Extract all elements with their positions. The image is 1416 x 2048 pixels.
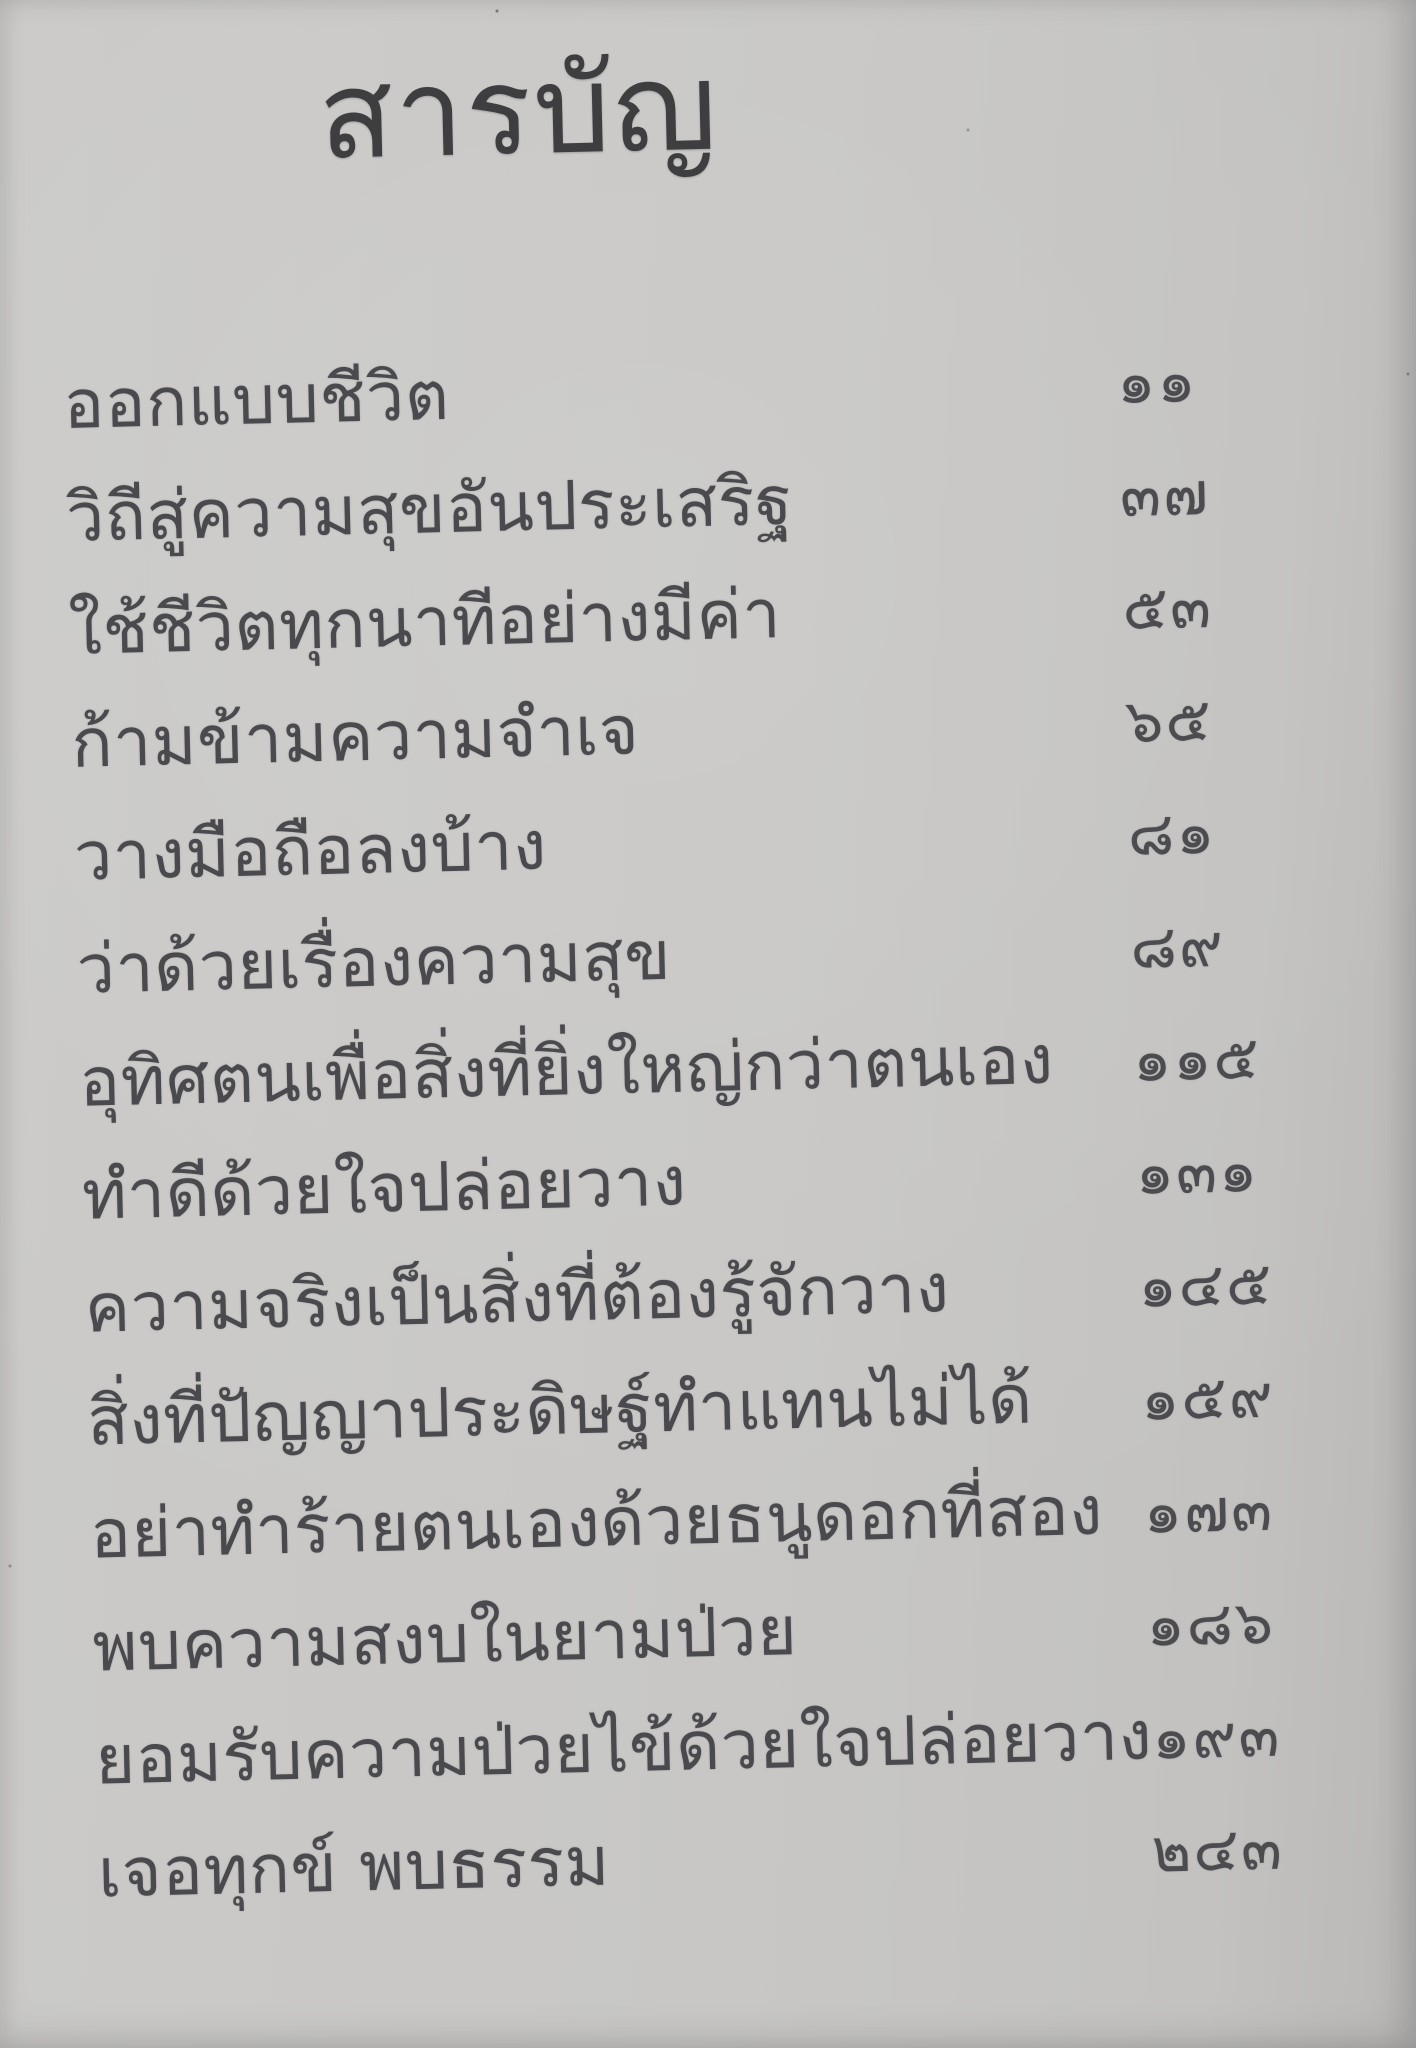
- toc-entry-title: ก้ามข้ามความจำเจ: [71, 698, 640, 779]
- toc-entry-title: เจอทุกข์ พบธรรม: [97, 1829, 610, 1909]
- toc-entry-title: วางมือถือลงบ้าง: [73, 813, 547, 892]
- toc-entry-page-number: ๒๔๓: [1151, 1818, 1332, 1882]
- toc-entry-title: ทำดีด้วยใจปล่อยวาง: [81, 1149, 687, 1231]
- toc-entry-page-number: ๖๕: [1124, 688, 1305, 752]
- toc-entry-page-number: ๕๓: [1122, 575, 1303, 639]
- toc-entry-page-number: ๑๑๕: [1132, 1027, 1313, 1091]
- toc-entry-title: พบความสงบในยามป่วย: [92, 1598, 798, 1683]
- toc-entry-page-number: ๘๑: [1127, 801, 1308, 865]
- toc-entry-page-number: ๘๙: [1130, 914, 1311, 978]
- toc-entry-title: สิ่งที่ปัญญาประดิษฐ์ทำแทนไม่ได้: [87, 1366, 1034, 1456]
- toc-entry-page-number: ๑๓๑: [1135, 1140, 1316, 1204]
- toc-entry-page-number: ๑๙๓: [1152, 1704, 1333, 1768]
- toc-entry-title: ใช้ชีวิตทุกนาทีอย่างมีค่า: [68, 581, 782, 666]
- toc-entry-page-number: ๑๕๙: [1140, 1366, 1321, 1430]
- book-page-photo: สารบัญ ออกแบบชีวิต ๑๑ วิถีสู่ความสุขอันป…: [0, 0, 1416, 2048]
- toc-entry-title: อุทิศตนเพื่อสิ่งที่ยิ่งใหญ่กว่าตนเอง: [79, 1027, 1055, 1118]
- toc-entry-title: ความจริงเป็นสิ่งที่ต้องรู้จักวาง: [84, 1255, 950, 1343]
- toc-page: สารบัญ ออกแบบชีวิต ๑๑ วิถีสู่ความสุขอันป…: [0, 0, 1416, 2048]
- toc-entry-page-number: ๑๑: [1116, 349, 1297, 413]
- toc-list: ออกแบบชีวิต ๑๑ วิถีสู่ความสุขอันประเสริฐ…: [63, 343, 1334, 1954]
- toc-entry-page-number: ๑๔๕: [1138, 1253, 1319, 1317]
- toc-entry-page-number: ๓๗: [1119, 462, 1300, 526]
- toc-page-title: สารบัญ: [0, 22, 1060, 200]
- toc-entry-page-number: ๑๗๓: [1143, 1479, 1324, 1543]
- toc-entry-row: เจอทุกข์ พบธรรม ๒๔๓: [97, 1812, 1333, 1954]
- toc-entry-title: ว่าด้วยเรื่องความสุข: [76, 923, 672, 1005]
- toc-entry-page-number: ๑๘๖: [1146, 1592, 1327, 1656]
- toc-entry-title: ออกแบบชีวิต: [63, 363, 451, 440]
- toc-entry-title: อย่าทำร้ายตนเองด้วยธนูดอกที่สอง: [89, 1478, 1103, 1570]
- toc-entry-title: วิถีสู่ความสุขอันประเสริฐ: [65, 468, 793, 553]
